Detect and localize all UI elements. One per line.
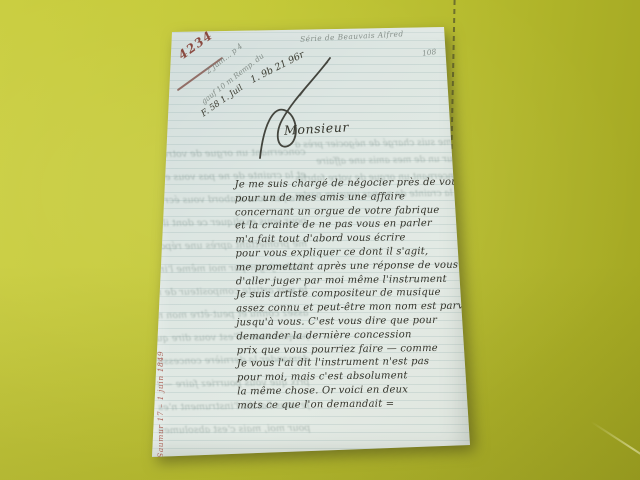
letter-paper: concernant un orgue de votre fabriqueet … — [150, 24, 472, 460]
pencil-series-note: Série de Beauvais Alfred — [300, 29, 404, 43]
margin-date-note: Saumur 17 – 1 juin 1849 — [156, 351, 165, 458]
paper-crease — [591, 421, 640, 477]
photo-background: concernant un orgue de votre fabriqueet … — [0, 0, 640, 480]
letter-line: jusqu'à vous. C'est vous dire que pour — [236, 314, 464, 331]
letter-body: Je me suis chargé de négocier près de vo… — [235, 176, 466, 413]
archive-number: 4234 — [176, 28, 216, 62]
paraph-flourish-icon — [248, 54, 340, 166]
letter-line: Je me suis chargé de négocier près de vo… — [235, 176, 463, 193]
letter-line: pour moi, mais c'est absolument — [158, 417, 310, 443]
letter-line: mots ce que l'on demandait = — [237, 396, 465, 413]
fold-seam-line — [450, 0, 455, 152]
pencil-folio-number: 108 — [421, 47, 436, 58]
